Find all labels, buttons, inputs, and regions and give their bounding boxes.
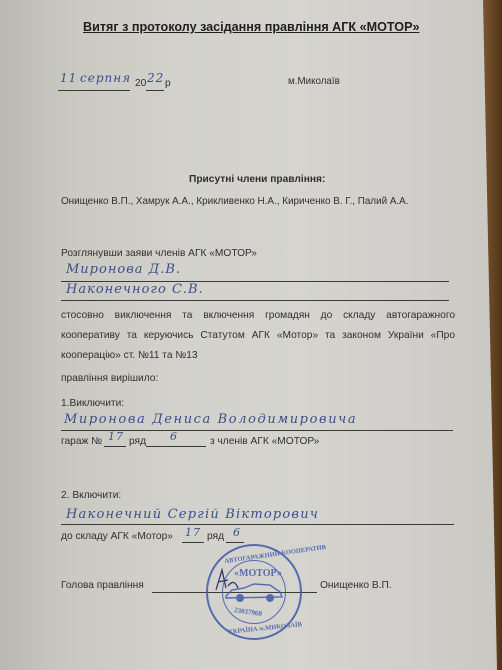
present-heading: Присутні члени правління: — [189, 174, 325, 185]
stamp-bottom-text: УКРАЇНА м.МИКОЛАЇВ — [228, 621, 302, 636]
date-year-prefix: 20 — [135, 78, 146, 89]
date-year-suffix: р — [165, 78, 171, 89]
applicant-2: Наконечного С.В. — [66, 282, 204, 297]
year-underline — [146, 90, 164, 91]
considered-label: Розглянувши заяви членів АГК «МОТОР» — [61, 248, 257, 259]
item2-garage-line — [182, 542, 204, 543]
applicant-line-2 — [61, 300, 449, 301]
item1-row-label: ряд — [129, 436, 146, 447]
signature-scribble — [212, 566, 242, 594]
item1-suffix: з членів АГК «МОТОР» — [210, 436, 319, 447]
document-page: Витяг з протоколу засідання правління АГ… — [0, 0, 498, 670]
item2-name: Наконечний Сергій Вікторович — [66, 507, 319, 522]
document-title: Витяг з протоколу засідання правління АГ… — [83, 20, 419, 34]
signature-name: Онищенко В.П. — [320, 580, 392, 591]
item2-row-label: ряд — [207, 531, 224, 542]
item1-garage-prefix: гараж № — [61, 436, 102, 447]
stamp-top-text: АВТОГАРАЖНИЙ КООПЕРАТИВ — [224, 544, 326, 565]
basis-line-2: кооперативу та керуючись Статутом АГК «М… — [61, 330, 455, 341]
applicant-1: Миронова Д.В. — [66, 262, 181, 277]
item1-row-number: 6 — [170, 430, 178, 443]
item1-garage-number: 17 — [108, 430, 124, 443]
item1-name: Миронова Дениса Володимировича — [64, 412, 357, 427]
item1-garage-line — [104, 446, 126, 447]
present-members: Онищенко В.П., Хамрук А.А., Крикливенко … — [61, 196, 409, 207]
item2-prefix: до складу АГК «Мотор» — [61, 531, 173, 542]
item2-garage-number: 17 — [185, 526, 201, 539]
item1-row-line — [146, 446, 206, 447]
basis-line-1: стосовно виключення та включення громадя… — [61, 310, 455, 321]
item2-name-line — [61, 524, 454, 525]
item1-label: 1.Виключити: — [61, 398, 124, 409]
city: м.Миколаїв — [288, 76, 340, 87]
date-year: 22 — [147, 71, 164, 85]
basis-line-3: кооперацію» ст. №11 та №13 — [61, 350, 198, 361]
date-day: 11 — [60, 71, 77, 85]
date-underline — [58, 90, 130, 91]
date-month: серпня — [80, 71, 131, 85]
signature-label: Голова правління — [61, 580, 144, 591]
decided-label: правління вирішило: — [61, 373, 158, 384]
item2-row-line — [226, 542, 244, 543]
item2-label: 2. Включити: — [61, 490, 121, 501]
item2-row-number: 6 — [233, 526, 241, 539]
